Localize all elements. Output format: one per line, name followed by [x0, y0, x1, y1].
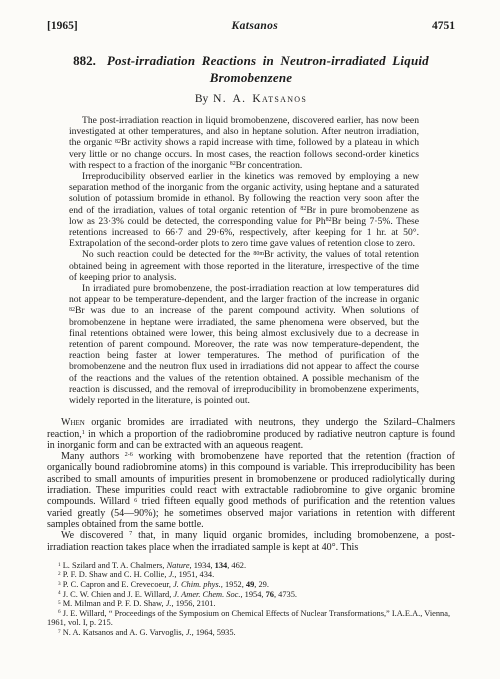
footnote: 5 M. Milman and P. F. D. Shaw, J., 1956,…	[47, 599, 455, 609]
byline: By N. A. Katsanos	[47, 93, 455, 105]
running-head-author: Katsanos	[232, 20, 279, 32]
abstract-paragraph: No such reaction could be detected for t…	[69, 249, 419, 283]
footnote: 7 N. A. Katsanos and A. G. Varvoglis, J.…	[47, 628, 455, 638]
footnote: 6 J. E. Willard, “ Proceedings of the Sy…	[47, 609, 455, 628]
running-head: [1965] Katsanos 4751	[47, 20, 455, 32]
running-head-year: [1965]	[47, 20, 78, 32]
abstract-paragraph: Irreproducibility observed earlier in th…	[69, 171, 419, 249]
abstract-paragraph: The post-irradiation reaction in liquid …	[69, 115, 419, 171]
journal-page: [1965] Katsanos 4751 882.Post-irradiatio…	[0, 0, 500, 679]
footnote: 4 J. C. W. Chien and J. E. Willard, J. A…	[47, 590, 455, 600]
footnote: 2 P. F. D. Shaw and C. H. Collie, J., 19…	[47, 570, 455, 580]
article-number: 882.	[73, 53, 96, 68]
body-paragraph: When organic bromides are irradiated wit…	[47, 417, 455, 451]
footnote: 3 P. C. Capron and E. Crevecoeur, J. Chi…	[47, 580, 455, 590]
body-text: When organic bromides are irradiated wit…	[47, 417, 455, 553]
abstract: The post-irradiation reaction in liquid …	[69, 115, 419, 406]
body-paragraph: We discovered 7 that, in many liquid org…	[47, 530, 455, 553]
article-title-text: Post-irradiation Reactions in Neutron-ir…	[107, 53, 429, 85]
footnotes: 1 L. Szilard and T. A. Chalmers, Nature,…	[47, 561, 455, 638]
body-paragraph: Many authors 2-6 working with bromobenze…	[47, 451, 455, 530]
footnote: 1 L. Szilard and T. A. Chalmers, Nature,…	[47, 561, 455, 571]
abstract-paragraph: In irradiated pure bromobenzene, the pos…	[69, 283, 419, 406]
article-title: 882.Post-irradiation Reactions in Neutro…	[65, 53, 437, 86]
running-head-page-number: 4751	[432, 20, 455, 32]
